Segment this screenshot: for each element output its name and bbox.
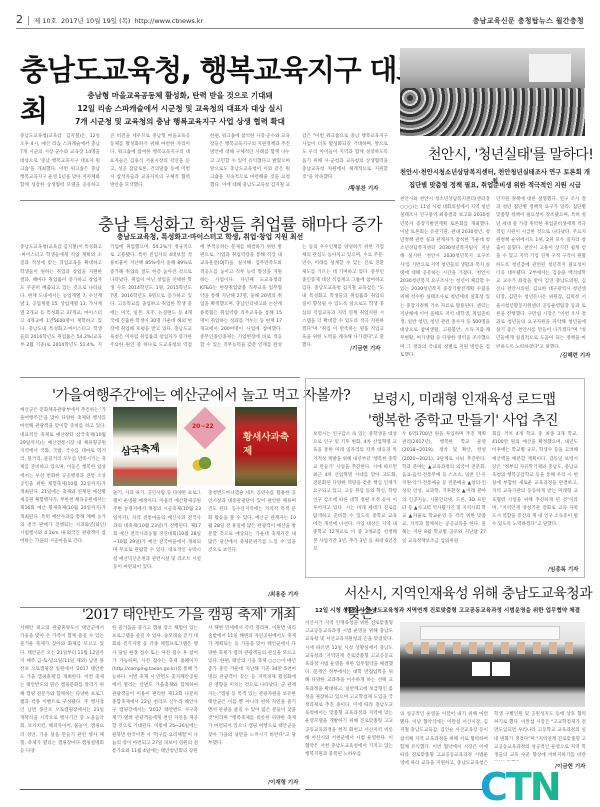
article7-subhead: 12일 시청 상황실서 충남도교육청과 지역연계 진로맞춤형 고교공동교육과정 … [305, 606, 590, 614]
ctn-logo: CTN [480, 768, 560, 806]
festival-poster-1: 삼국축제 [113, 407, 177, 486]
ceremony-banner [420, 626, 560, 640]
article1-subhead-2: 12일 리솜 스파캐슬에서 시군청 및 교육청의 대표자 대상 실시 [20, 103, 340, 114]
poster-3-title: 황새사과축제 [243, 429, 297, 457]
issue-number: 제 10호 [34, 16, 57, 25]
workshop-photo [400, 48, 585, 136]
article7-col-2: 의 성공적인 운영을 이끌어 내기 위해 마련됐다. 이날 협약식에는 이완섭 … [400, 711, 488, 765]
article6-col-1: 서해안 최고의 관광휴양도시 태안군에서 가을을 맞아 온 가족이 함께 즐길 … [20, 625, 104, 791]
agreement-document-2 [492, 662, 510, 676]
article5-headline-1: 보령시, 미래형 인재육성 로드맵 [372, 389, 555, 409]
article6-col-3: 서 해변 만세에서 각각 열리며, 이원면 내리 솔밭에서 11일 해변의 자연… [208, 625, 296, 777]
article1-col-4: 감은 "이번 워크숍으로 충남 행복교육지구 사업이 더욱 활성화되길 기대하며… [302, 133, 388, 189]
article6-headline: '2017 태안반도 가을 캠핑 축제' 개최 [82, 604, 296, 624]
article2-headline: 천안시, '청년실태'를 말하다! [428, 144, 593, 164]
article5-col-2: 두 6억1700만 원을 투입하며 추진 계획 관리(2017년), 행복한 학… [402, 431, 486, 561]
article1-col-1: 충남도교육청(교육감 김지철)은 12일 오후 4시, 예산 리솜 스파캐슬에서… [20, 133, 100, 189]
article4-col-1: 예산군은 문화체육관광부에서 추진하는 '가을여행주간'을 맞아 다양한 축제와… [20, 407, 106, 595]
article1-col-2: 큰 비전을 세우므로 충남형 마을교육공동체를 활성화하기 위해 마련한 자리이… [110, 133, 190, 189]
article5-headline-2: '행복한 중학교 만들기' 사업 추진 [368, 410, 558, 430]
article3-subhead: 충남도교육청, 특성화고·마이스터고 학생, 취업·창업 지원 최선 [20, 231, 400, 241]
article3-col-4: 는 등의 우수인재를 양성하기 위한 기업체의 관심도 높아지고 있으며, 수요… [302, 244, 384, 350]
article6-byline: /이재형 기자 [268, 778, 299, 786]
projector-screen [529, 54, 571, 82]
article1-subhead-1: 충남형 마을교육공동체 활성화, 탄력 받을 것으로 기대돼 [20, 90, 340, 101]
article1-subhead-3: 7개 시군청 및 교육청의 충남 행복교육지구 사업 상생 협력 확대 [20, 116, 340, 127]
article3-col-1: 충남도교육청(교육감 김지철)이 특성화고·마이스터고 학생들에게 직업 계획의… [20, 244, 102, 350]
poster-2-title: 20~22 [192, 423, 214, 430]
article4-col-3: 충청번드마니캠슬 세트 공연수를 활용한 공연시설과 대흥관광단이 있어 편안한… [208, 490, 296, 588]
divider [305, 789, 485, 790]
article5-col-1: 보령시는 인구감소 속 있는 중학생을 대상으로 인구 및 기후 변화, 4차 … [313, 431, 397, 561]
festival-poster-3: 황새사과축제 [235, 407, 297, 486]
festival-poster-2: 20~22 [178, 407, 233, 486]
agreement-ceremony-photo [400, 622, 585, 707]
article7-col-3: 학생 구별인원 및 공원성지도 등에 상호 협력하기로 했다. 이완섭 시장은 … [494, 711, 586, 761]
divider [20, 200, 395, 201]
article7-col-1: 서산시가 지역 인재육성을 위한 진로맞춤형 고교공동교육과정 시범 운영을 위… [305, 620, 393, 790]
audience [400, 88, 585, 136]
article6-col-2: 한 즐거움을 즐기고 캠핑 장소 체험이 있는 프로그램을 즐길 수 있다. 솔… [112, 625, 198, 791]
article1-col-3: 한편, 워크숍에 참석한 시장·군수와 교육장들은 행복교육지구의 지원정책과 … [210, 133, 290, 189]
article2-col-1: 천안시와 천안시 청소년상담복지센터(센터장 ○○○)는 11일 시청 대회의실… [400, 196, 490, 356]
poster-2-illustration [188, 452, 222, 474]
article7-headline: 서산시, 지역인재육성 위해 충남도교육청과 '맞손' [344, 583, 600, 623]
article4-byline: /최용준 기자 [268, 590, 299, 598]
header-separator: | [27, 16, 30, 26]
article4-col-2: 놀기, 사과 따기, 공인사람 등 다양한 프로그램이 운영될 예정이다. 아울… [113, 490, 201, 598]
article3-byline: /기금현 기자 [350, 344, 381, 352]
attendees [405, 642, 580, 654]
article2-subhead-2: 집단별 맞춤형 정책 필요, 취업준비생 위한 적극적인 지원 시급 [400, 180, 590, 189]
article2-byline: /김혜련 기자 [560, 351, 591, 359]
publication-names: 충남교육신문 충청탑뉴스 월간충청 [473, 16, 584, 26]
page-number: 2 [16, 13, 23, 26]
divider [20, 377, 300, 378]
article5-byline: /임종록 기자 [548, 565, 579, 573]
divider [20, 789, 300, 790]
poster-1-title: 삼국축제 [120, 439, 160, 458]
header-meta: 2 | 제 10호 2017년 10월 19일 (목) http://www.c… [16, 13, 203, 26]
article3-col-3: 에 부적응하는 문제를 해결하기 위한 방편으로, 기업과 취업역량을 통해 직… [200, 244, 282, 350]
article1-byline: /황봉찬 기자 [348, 184, 379, 192]
article2-col-2: 년지원 정책에 대한 설명했다. 연구 조사 결과 청년 집단별 정책적 요구가… [496, 196, 586, 348]
page-header: 2 | 제 10호 2017년 10월 19일 (목) http://www.c… [16, 13, 584, 29]
article5-col-3: 회를 거쳐 4개 학교 중 최종 3개 학교, 4100만 원의 예산을 확정했… [492, 431, 578, 553]
agreement-document-1 [472, 662, 490, 676]
issue-date: 2017년 10월 19일 (목) [61, 16, 130, 25]
site-url[interactable]: http://www.ctnews.kr [134, 17, 203, 25]
article3-col-2: 기업에 취업했으며, 54.2%가 정규직으로 고용됐다. 특히 전입자의 4대… [110, 244, 192, 350]
